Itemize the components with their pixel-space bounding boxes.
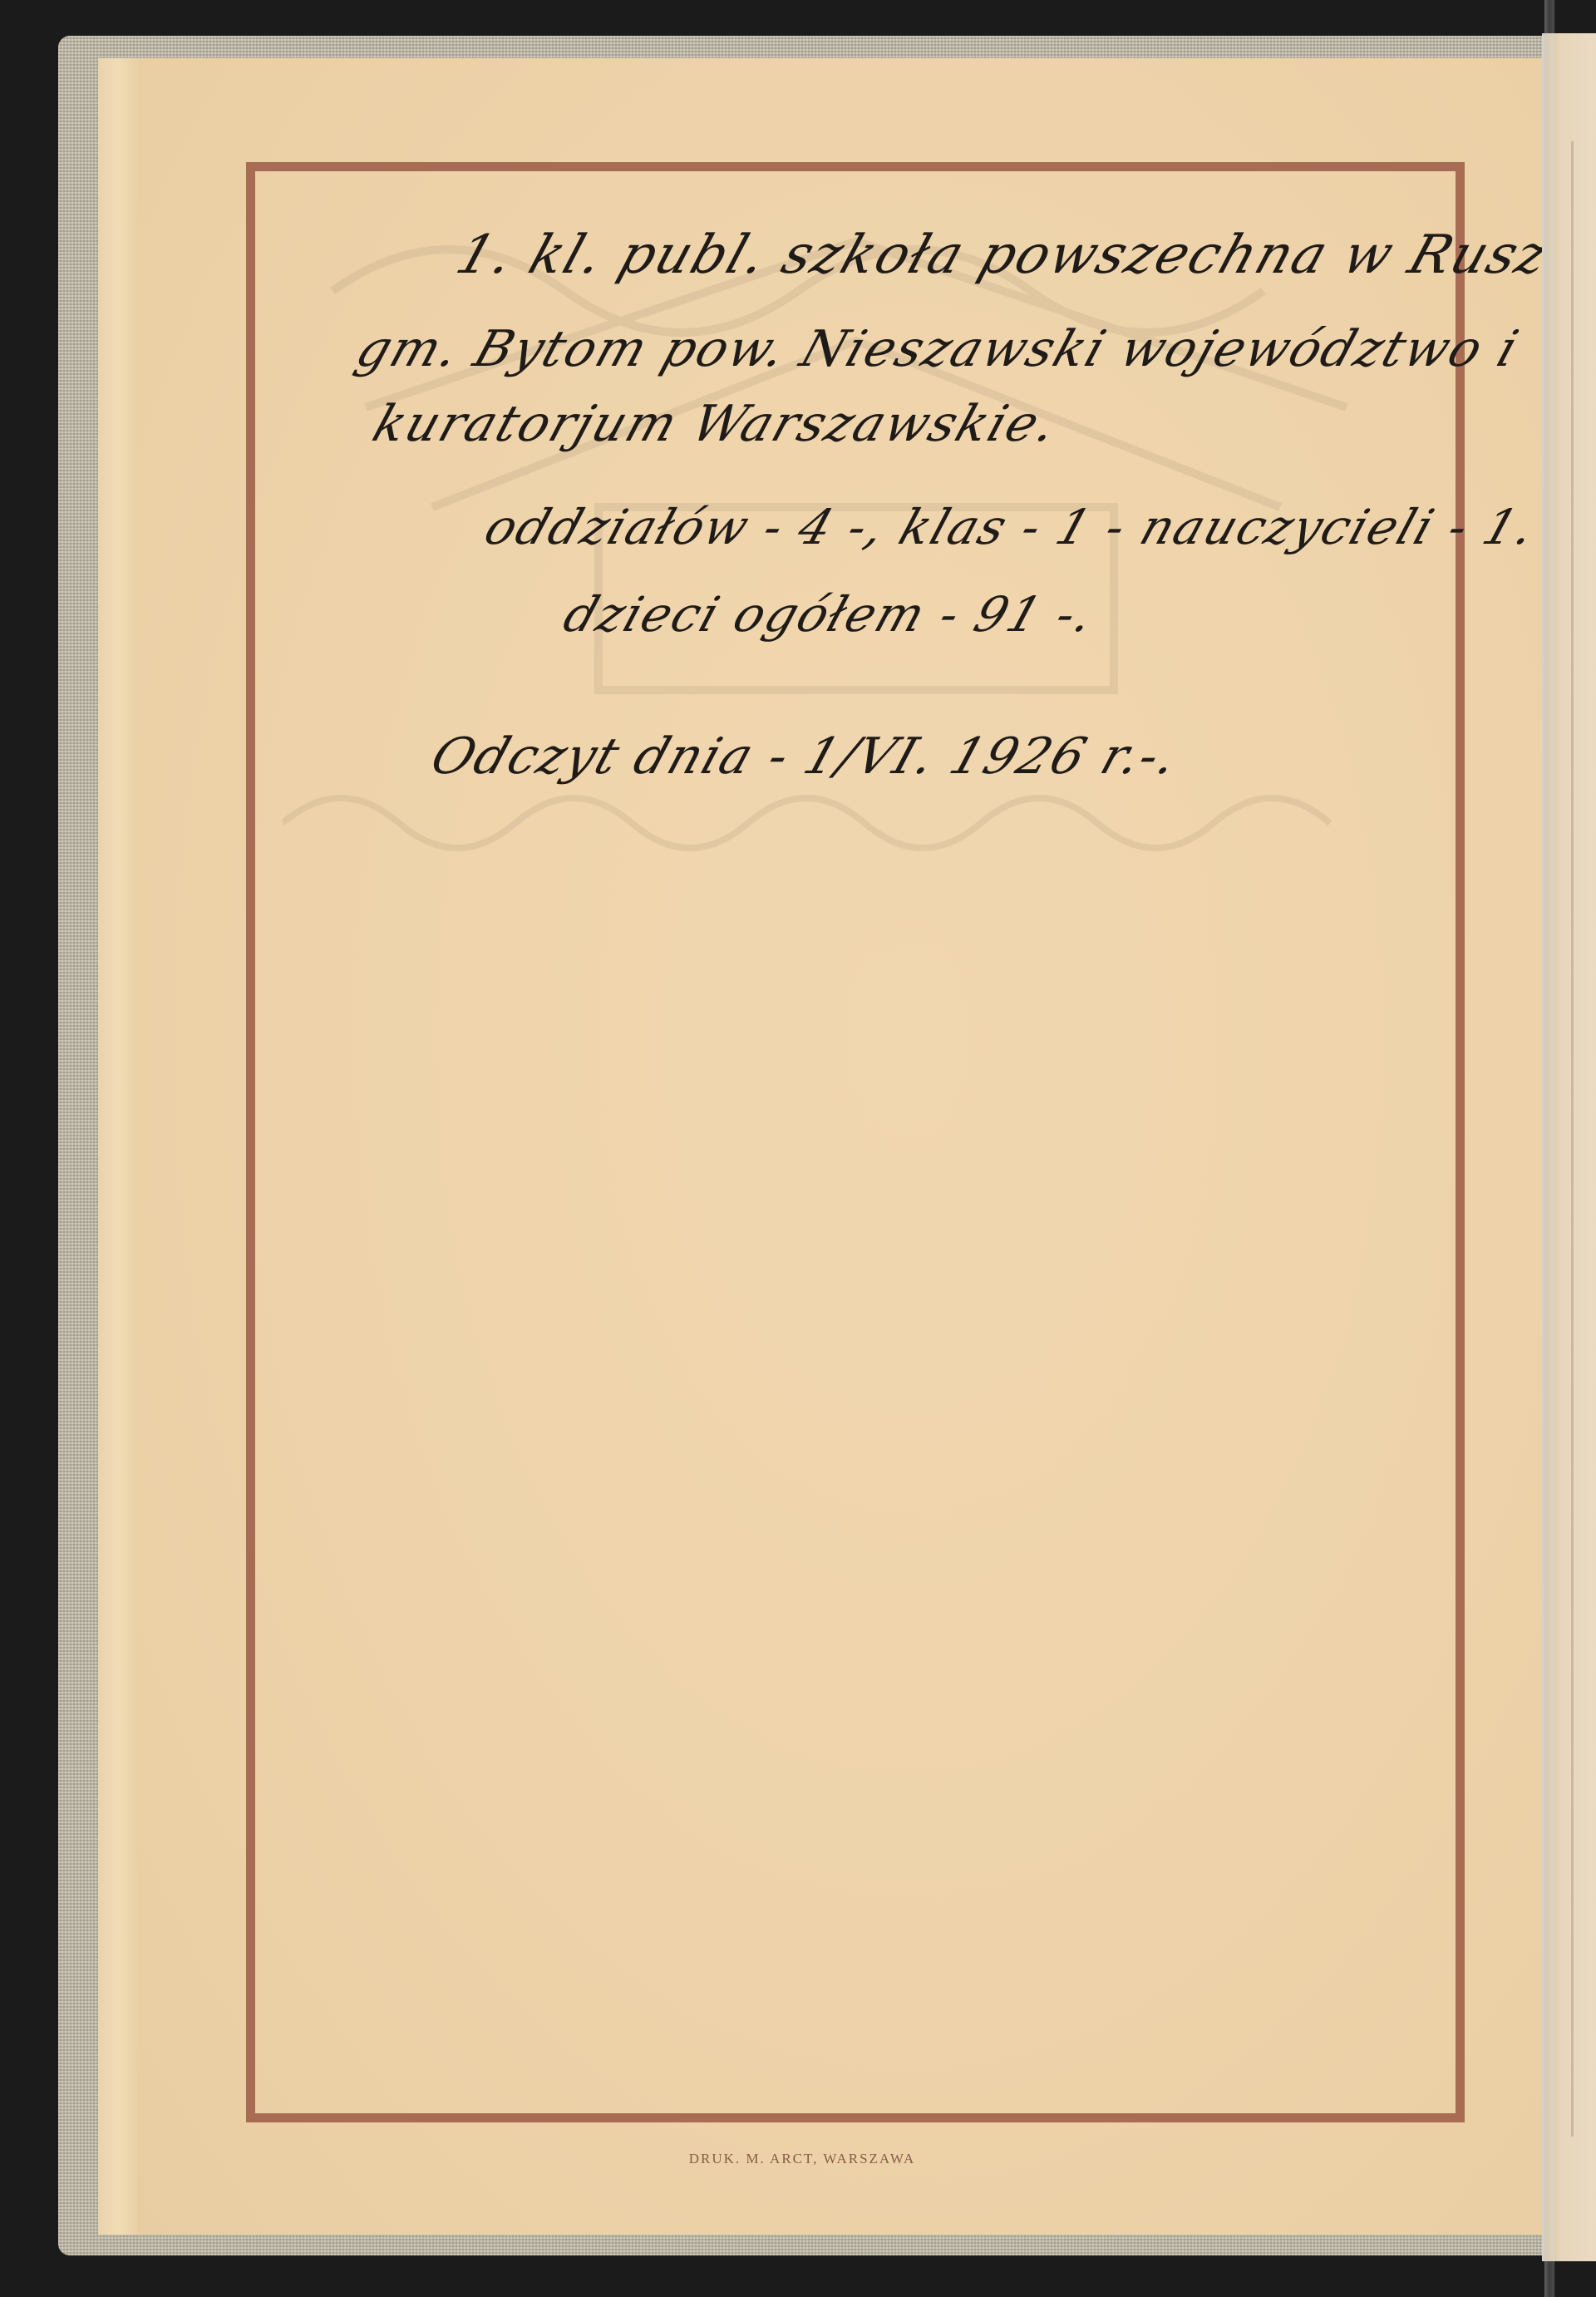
spine-mylar-sheen [1544, 0, 1554, 2297]
printer-imprint: DRUK. M. ARCT, WARSZAWA [0, 2151, 1596, 2167]
printed-border-frame [246, 162, 1465, 2122]
facing-page-ornament [1571, 141, 1596, 2137]
